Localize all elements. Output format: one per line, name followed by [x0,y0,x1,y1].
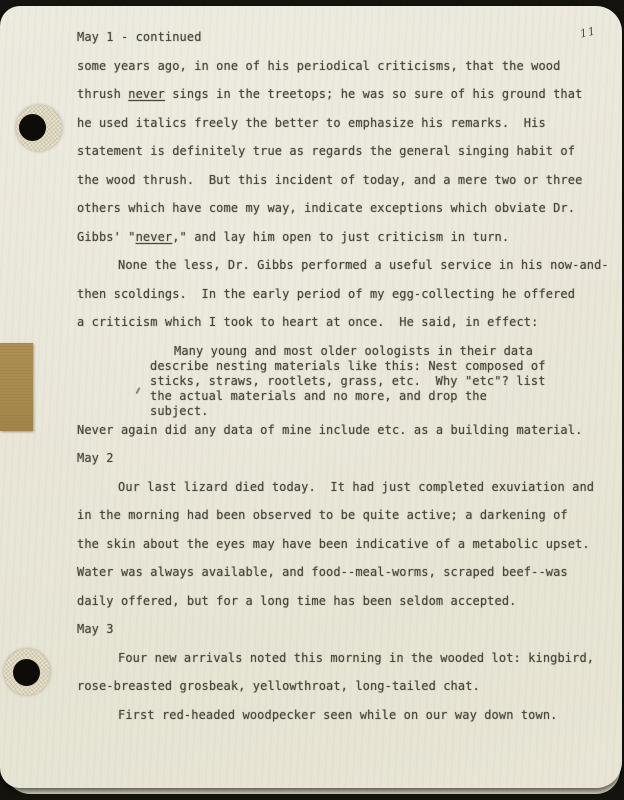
text-line: Gibbs' "never," and lay him open to just… [0,230,622,259]
text-line: rose-breasted grosbeak, yellowthroat, lo… [0,679,622,708]
scan-background: 11 May 1 - continued some years ago, in … [0,0,624,800]
date-heading-may-2: May 2 [0,451,622,480]
date-heading-may-3: May 3 [0,622,622,651]
text-line: None the less, Dr. Gibbs performed a use… [0,258,622,287]
text-line: the skin about the eyes may have been in… [0,537,622,566]
date-heading-may-1-continued: May 1 - continued [0,30,622,59]
text-line: others which have come my way, indicate … [0,201,622,230]
text-line: First red-headed woodpecker seen while o… [0,708,622,737]
text-line: Never again did any data of mine include… [0,423,622,452]
quote-line: Many young and most older oologists in t… [0,344,622,359]
quote-line: sticks, straws, rootlets, grass, etc. Wh… [0,374,622,389]
underlined-word-never: never [136,230,173,244]
text-line: the wood thrush. But this incident of to… [0,173,622,202]
text-segment: ," and lay him open to just criticism in… [172,230,509,244]
text-line: Four new arrivals noted this morning in … [0,651,622,680]
text-line: Water was always available, and food--me… [0,565,622,594]
text-line: daily offered, but for a long time has b… [0,594,622,623]
text-line: a criticism which I took to heart at onc… [0,315,622,344]
text-segment: thrush [77,87,128,101]
quote-line: subject. [0,404,622,419]
text-line: some years ago, in one of his periodical… [0,59,622,88]
journal-page: 11 May 1 - continued some years ago, in … [0,6,622,788]
blockquote-oologist-criticism: Many young and most older oologists in t… [0,344,622,419]
text-line: Our last lizard died today. It had just … [0,480,622,509]
text-segment: sings in the treetops; he was so sure of… [165,87,583,101]
quote-line: describe nesting materials like this: Ne… [0,359,622,374]
typewritten-entry-text: May 1 - continued some years ago, in one… [0,30,622,736]
quote-line: the actual materials and no more, and dr… [0,389,622,404]
text-line: he used italics freely the better to emp… [0,116,622,145]
text-line: in the morning had been observed to be q… [0,508,622,537]
text-line: statement is definitely true as regards … [0,144,622,173]
text-segment: Gibbs' " [77,230,136,244]
underlined-word-never: never [128,87,165,101]
text-line: thrush never sings in the treetops; he w… [0,87,622,116]
text-line: then scoldings. In the early period of m… [0,287,622,316]
